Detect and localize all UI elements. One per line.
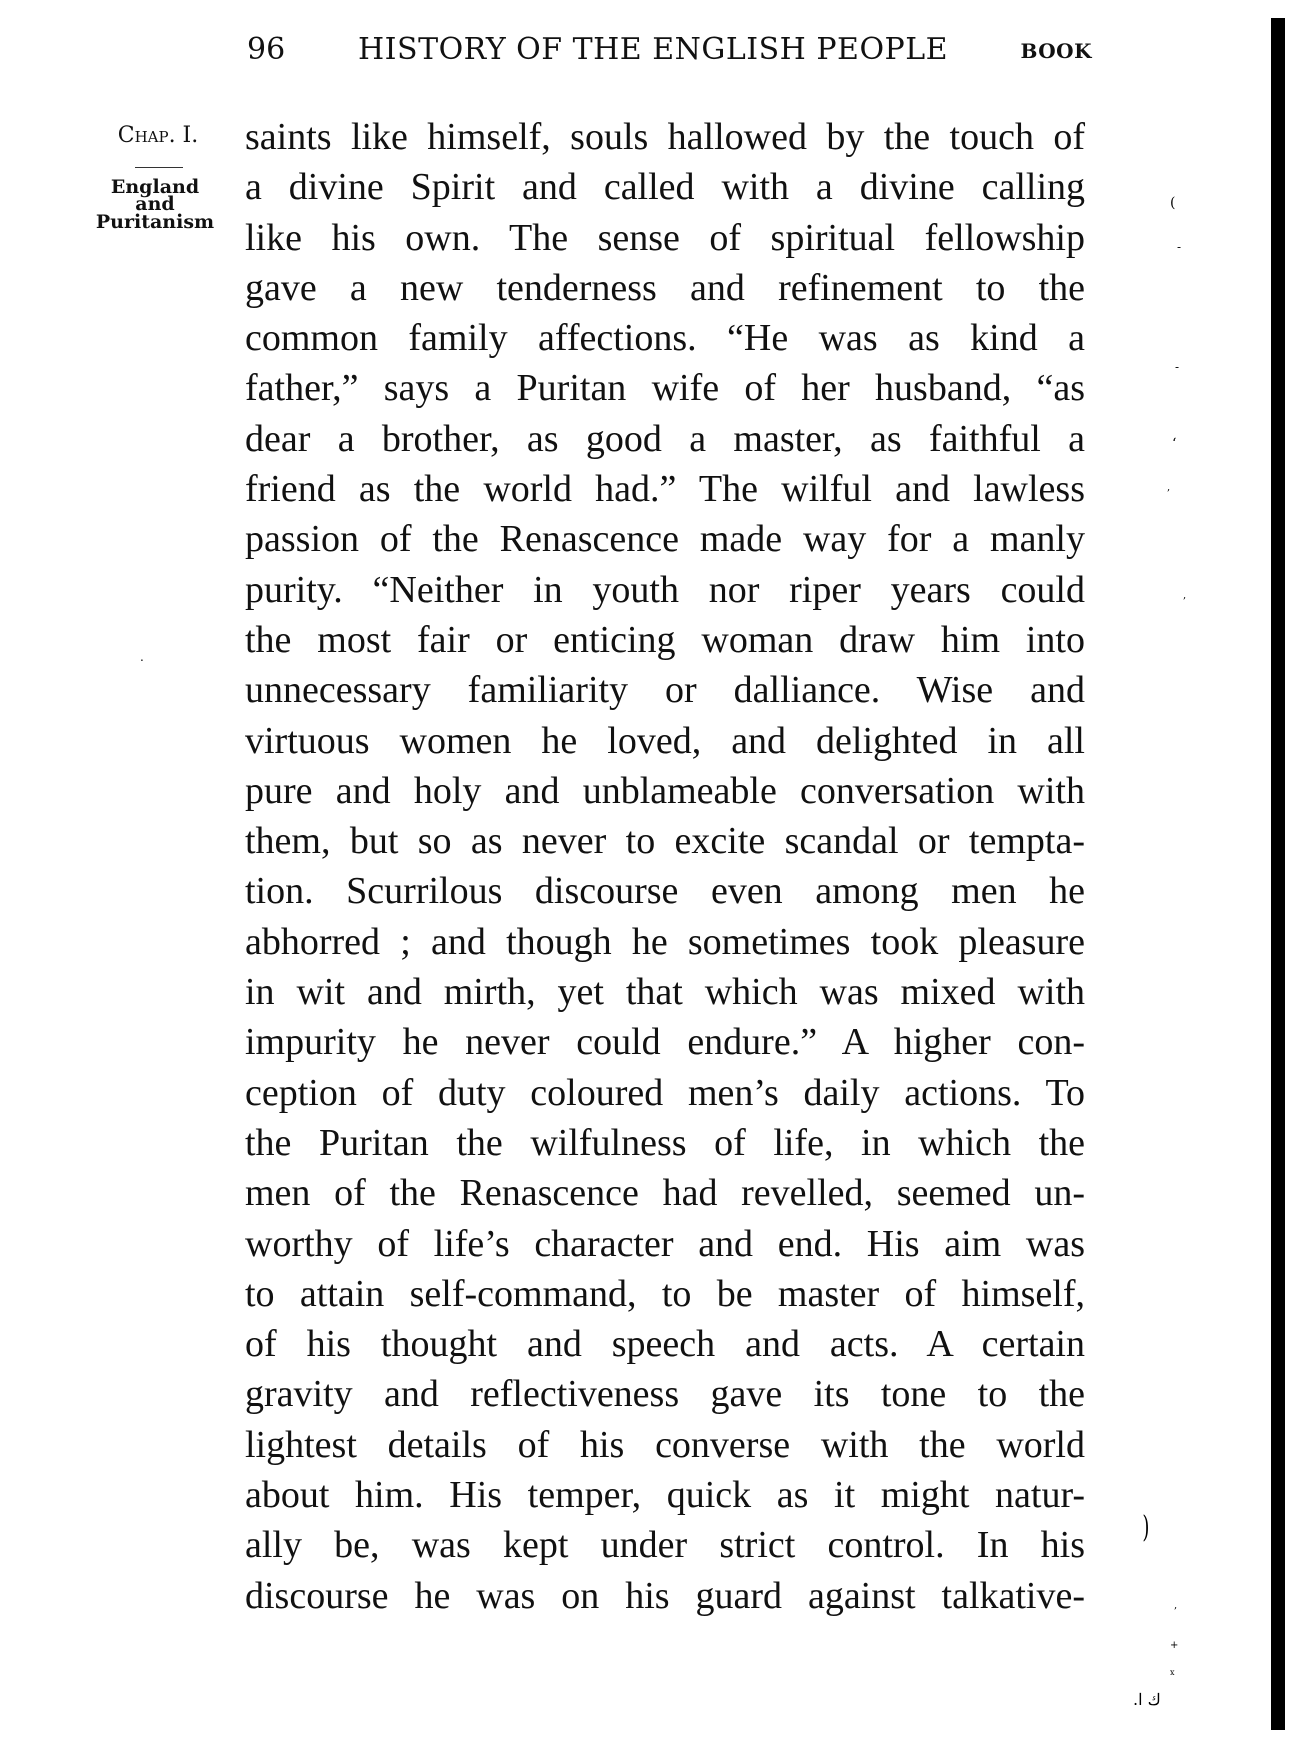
margin-heading-line: Puritanism <box>80 212 230 232</box>
text-line: a divine Spirit and called with a divine… <box>245 162 1085 212</box>
book-page: 96 HISTORY OF THE ENGLISH PEOPLE BOOK Ch… <box>0 0 1314 1740</box>
text-line: ally be, was kept under strict control. … <box>245 1520 1085 1570</box>
text-line: in wit and mirth, yet that which was mix… <box>245 967 1085 1017</box>
text-line: of his thought and speech and acts. A ce… <box>245 1319 1085 1369</box>
scan-speck: . <box>140 650 144 664</box>
text-line: about him. His temper, quick as it might… <box>245 1470 1085 1520</box>
text-line: saints like himself, souls hallowed by t… <box>245 112 1085 162</box>
text-line: pure and holy and unblameable conversati… <box>245 766 1085 816</box>
margin-heading-line: and <box>80 197 230 212</box>
text-line: purity. “Neither in youth nor riper year… <box>245 565 1085 615</box>
text-line: friend as the world had.” The wilful and… <box>245 464 1085 514</box>
text-line: common family affections. “He was as kin… <box>245 313 1085 363</box>
text-line: gravity and reflectiveness gave its tone… <box>245 1369 1085 1419</box>
text-line: abhorred ; and though he sometimes took … <box>245 917 1085 967</box>
scan-speck: ) <box>1142 1510 1149 1545</box>
sidenote-rule <box>135 167 183 168</box>
text-line: the Puritan the wilfulness of life, in w… <box>245 1118 1085 1168</box>
text-line: passion of the Renascence made way for a… <box>245 514 1085 564</box>
text-line: discourse he was on his guard against ta… <box>245 1571 1085 1621</box>
text-line: to attain self-command, to be master of … <box>245 1269 1085 1319</box>
text-line: ception of duty coloured men’s daily act… <box>245 1068 1085 1118</box>
scan-speck: + <box>1170 1640 1178 1651</box>
book-label: BOOK <box>1020 39 1092 63</box>
text-line: them, but so as never to excite scandal … <box>245 816 1085 866</box>
scan-speck: - <box>1177 240 1181 254</box>
binding-edge-bar <box>1271 18 1285 1730</box>
scan-speck: ‘ <box>1172 436 1176 452</box>
running-title: HISTORY OF THE ENGLISH PEOPLE <box>358 32 948 67</box>
text-line: gave a new tenderness and refinement to … <box>245 263 1085 313</box>
text-line: virtuous women he loved, and delighted i… <box>245 716 1085 766</box>
text-line: men of the Renascence had revelled, seem… <box>245 1168 1085 1218</box>
scan-speck: , <box>1167 482 1170 493</box>
text-line: like his own. The sense of spiritual fel… <box>245 213 1085 263</box>
scan-speck: , <box>1174 1600 1177 1611</box>
text-line: impurity he never could endure.” A highe… <box>245 1017 1085 1067</box>
running-header: 96 HISTORY OF THE ENGLISH PEOPLE BOOK <box>240 30 1100 76</box>
scan-speck: - <box>1175 360 1179 374</box>
text-line: dear a brother, as good a master, as fai… <box>245 414 1085 464</box>
margin-heading: England and Puritanism <box>80 177 230 232</box>
scan-speck: x <box>1170 1668 1175 1677</box>
scan-speck: ( <box>1170 195 1175 211</box>
body-text: saints like himself, souls hallowed by t… <box>245 112 1085 1621</box>
text-line: the most fair or enticing woman draw him… <box>245 615 1085 665</box>
page-number: 96 <box>247 32 285 67</box>
text-line: lightest details of his converse with th… <box>245 1420 1085 1470</box>
text-line: worthy of life’s character and end. His … <box>245 1219 1085 1269</box>
scan-speck: .ك ا <box>1133 1690 1161 1709</box>
text-line: tion. Scurrilous discourse even among me… <box>245 866 1085 916</box>
text-line: father,” says a Puritan wife of her husb… <box>245 363 1085 413</box>
chapter-sidenote: Chap. I. <box>98 123 218 148</box>
scan-speck: , <box>1183 590 1186 601</box>
text-line: unnecessary familiarity or dalliance. Wi… <box>245 665 1085 715</box>
